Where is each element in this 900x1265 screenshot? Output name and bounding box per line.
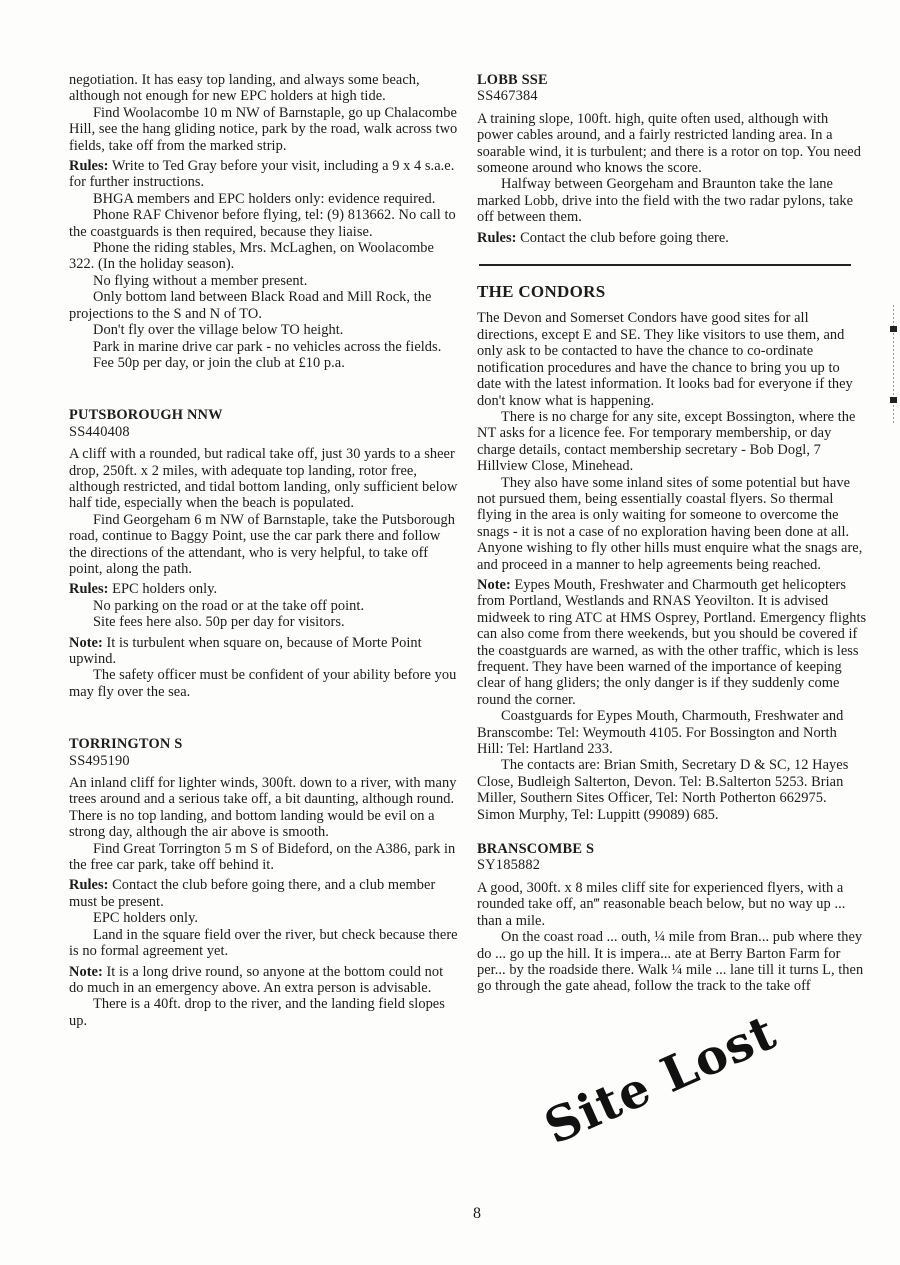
site-title: LOBB SSE (477, 72, 867, 88)
grid-reference: SS440408 (69, 424, 461, 440)
rules-item: Phone RAF Chivenor before flying, tel: (… (69, 207, 461, 240)
note-item: The contacts are: Brian Smith, Secretary… (477, 757, 867, 823)
grid-reference: SS467384 (477, 88, 867, 104)
club-title: THE CONDORS (477, 284, 867, 300)
section-spacer (69, 371, 461, 407)
site-title: BRANSCOMBE S (477, 841, 867, 857)
note-item: The safety officer must be confident of … (69, 667, 461, 700)
putsborough-section: PUTSBOROUGH NNW SS440408 A cliff with a … (69, 407, 461, 700)
body-paragraph: Find Woolacombe 10 m NW of Barnstaple, g… (69, 105, 461, 154)
note-label: Note: (477, 577, 511, 593)
margin-dotted-line (893, 305, 894, 425)
rules-item: Park in marine drive car park - no vehic… (69, 339, 461, 355)
body-paragraph: There is no charge for any site, except … (477, 409, 867, 475)
section-divider (479, 264, 851, 266)
lobb-section: LOBB SSE SS467384 A training slope, 100f… (477, 72, 867, 246)
rules-label: Rules: (69, 158, 108, 174)
note-text: Eypes Mouth, Freshwater and Charmouth ge… (477, 577, 866, 708)
right-column: LOBB SSE SS467384 A training slope, 100f… (477, 72, 867, 995)
body-paragraph: An inland cliff for lighter winds, 300ft… (69, 775, 461, 841)
section-spacer (477, 823, 867, 841)
rules-label: Rules: (69, 877, 108, 893)
body-paragraph: The Devon and Somerset Condors have good… (477, 310, 867, 408)
rules-text: Contact the club before going there. (520, 230, 729, 246)
rules-label: Rules: (69, 581, 108, 597)
note-item: There is a 40ft. drop to the river, and … (69, 996, 461, 1029)
site-title: TORRINGTON S (69, 736, 461, 752)
section-spacer (69, 700, 461, 736)
rules-item: EPC holders only. (69, 910, 461, 926)
note-paragraph: Note: It is turbulent when square on, be… (69, 635, 461, 668)
grid-reference: SS495190 (69, 753, 461, 769)
body-paragraph: Halfway between Georgeham and Braunton t… (477, 176, 867, 225)
rules-item: Phone the riding stables, Mrs. McLaghen,… (69, 240, 461, 273)
margin-tick-mark (890, 397, 897, 403)
body-paragraph: A cliff with a rounded, but radical take… (69, 446, 461, 512)
body-paragraph: On the coast road ... outh, ¼ mile from … (477, 929, 867, 995)
rules-item: Only bottom land between Black Road and … (69, 289, 461, 322)
note-text: It is a long drive round, so anyone at t… (69, 964, 443, 996)
rules-paragraph: Rules: Write to Ted Gray before your vis… (69, 158, 461, 191)
note-item: Coastguards for Eypes Mouth, Charmouth, … (477, 708, 867, 757)
note-paragraph: Note: It is a long drive round, so anyon… (69, 964, 461, 997)
site-title: PUTSBOROUGH NNW (69, 407, 461, 423)
rules-paragraph: Rules: EPC holders only. (69, 581, 461, 597)
torrington-section: TORRINGTON S SS495190 An inland cliff fo… (69, 736, 461, 1029)
rules-paragraph: Rules: Contact the club before going the… (69, 877, 461, 910)
body-paragraph: negotiation. It has easy top landing, an… (69, 72, 461, 105)
body-paragraph: Find Great Torrington 5 m S of Bideford,… (69, 841, 461, 874)
body-paragraph: They also have some inland sites of some… (477, 475, 867, 573)
body-paragraph: A training slope, 100ft. high, quite oft… (477, 111, 867, 177)
rules-paragraph: Rules: Contact the club before going the… (477, 230, 867, 246)
left-column: negotiation. It has easy top landing, an… (69, 72, 461, 1029)
document-page: negotiation. It has easy top landing, an… (0, 0, 900, 1265)
note-label: Note: (69, 964, 103, 980)
rules-item: Don't fly over the village below TO heig… (69, 322, 461, 338)
condors-section: THE CONDORS The Devon and Somerset Condo… (477, 284, 867, 823)
branscombe-section: BRANSCOMBE S SY185882 A good, 300ft. x 8… (477, 841, 867, 995)
body-paragraph: A good, 300ft. x 8 miles cliff site for … (477, 880, 867, 929)
note-paragraph: Note: Eypes Mouth, Freshwater and Charmo… (477, 577, 867, 708)
note-text: It is turbulent when square on, because … (69, 635, 422, 667)
rules-text: EPC holders only. (112, 581, 217, 597)
page-number: 8 (473, 1205, 481, 1223)
rules-label: Rules: (477, 230, 516, 246)
rules-item: BHGA members and EPC holders only: evide… (69, 191, 461, 207)
rules-item: Site fees here also. 50p per day for vis… (69, 614, 461, 630)
rules-item: Fee 50p per day, or join the club at £10… (69, 355, 461, 371)
woolacombe-continued-section: negotiation. It has easy top landing, an… (69, 72, 461, 371)
rules-item: No parking on the road or at the take of… (69, 598, 461, 614)
note-label: Note: (69, 635, 103, 651)
margin-tick-mark (890, 326, 897, 332)
body-paragraph: Find Georgeham 6 m NW of Barnstaple, tak… (69, 512, 461, 578)
rules-text: Write to Ted Gray before your visit, inc… (69, 158, 454, 190)
rules-item: Land in the square field over the river,… (69, 927, 461, 960)
grid-reference: SY185882 (477, 857, 867, 873)
rules-text: Contact the club before going there, and… (69, 877, 435, 909)
rules-item: No flying without a member present. (69, 273, 461, 289)
